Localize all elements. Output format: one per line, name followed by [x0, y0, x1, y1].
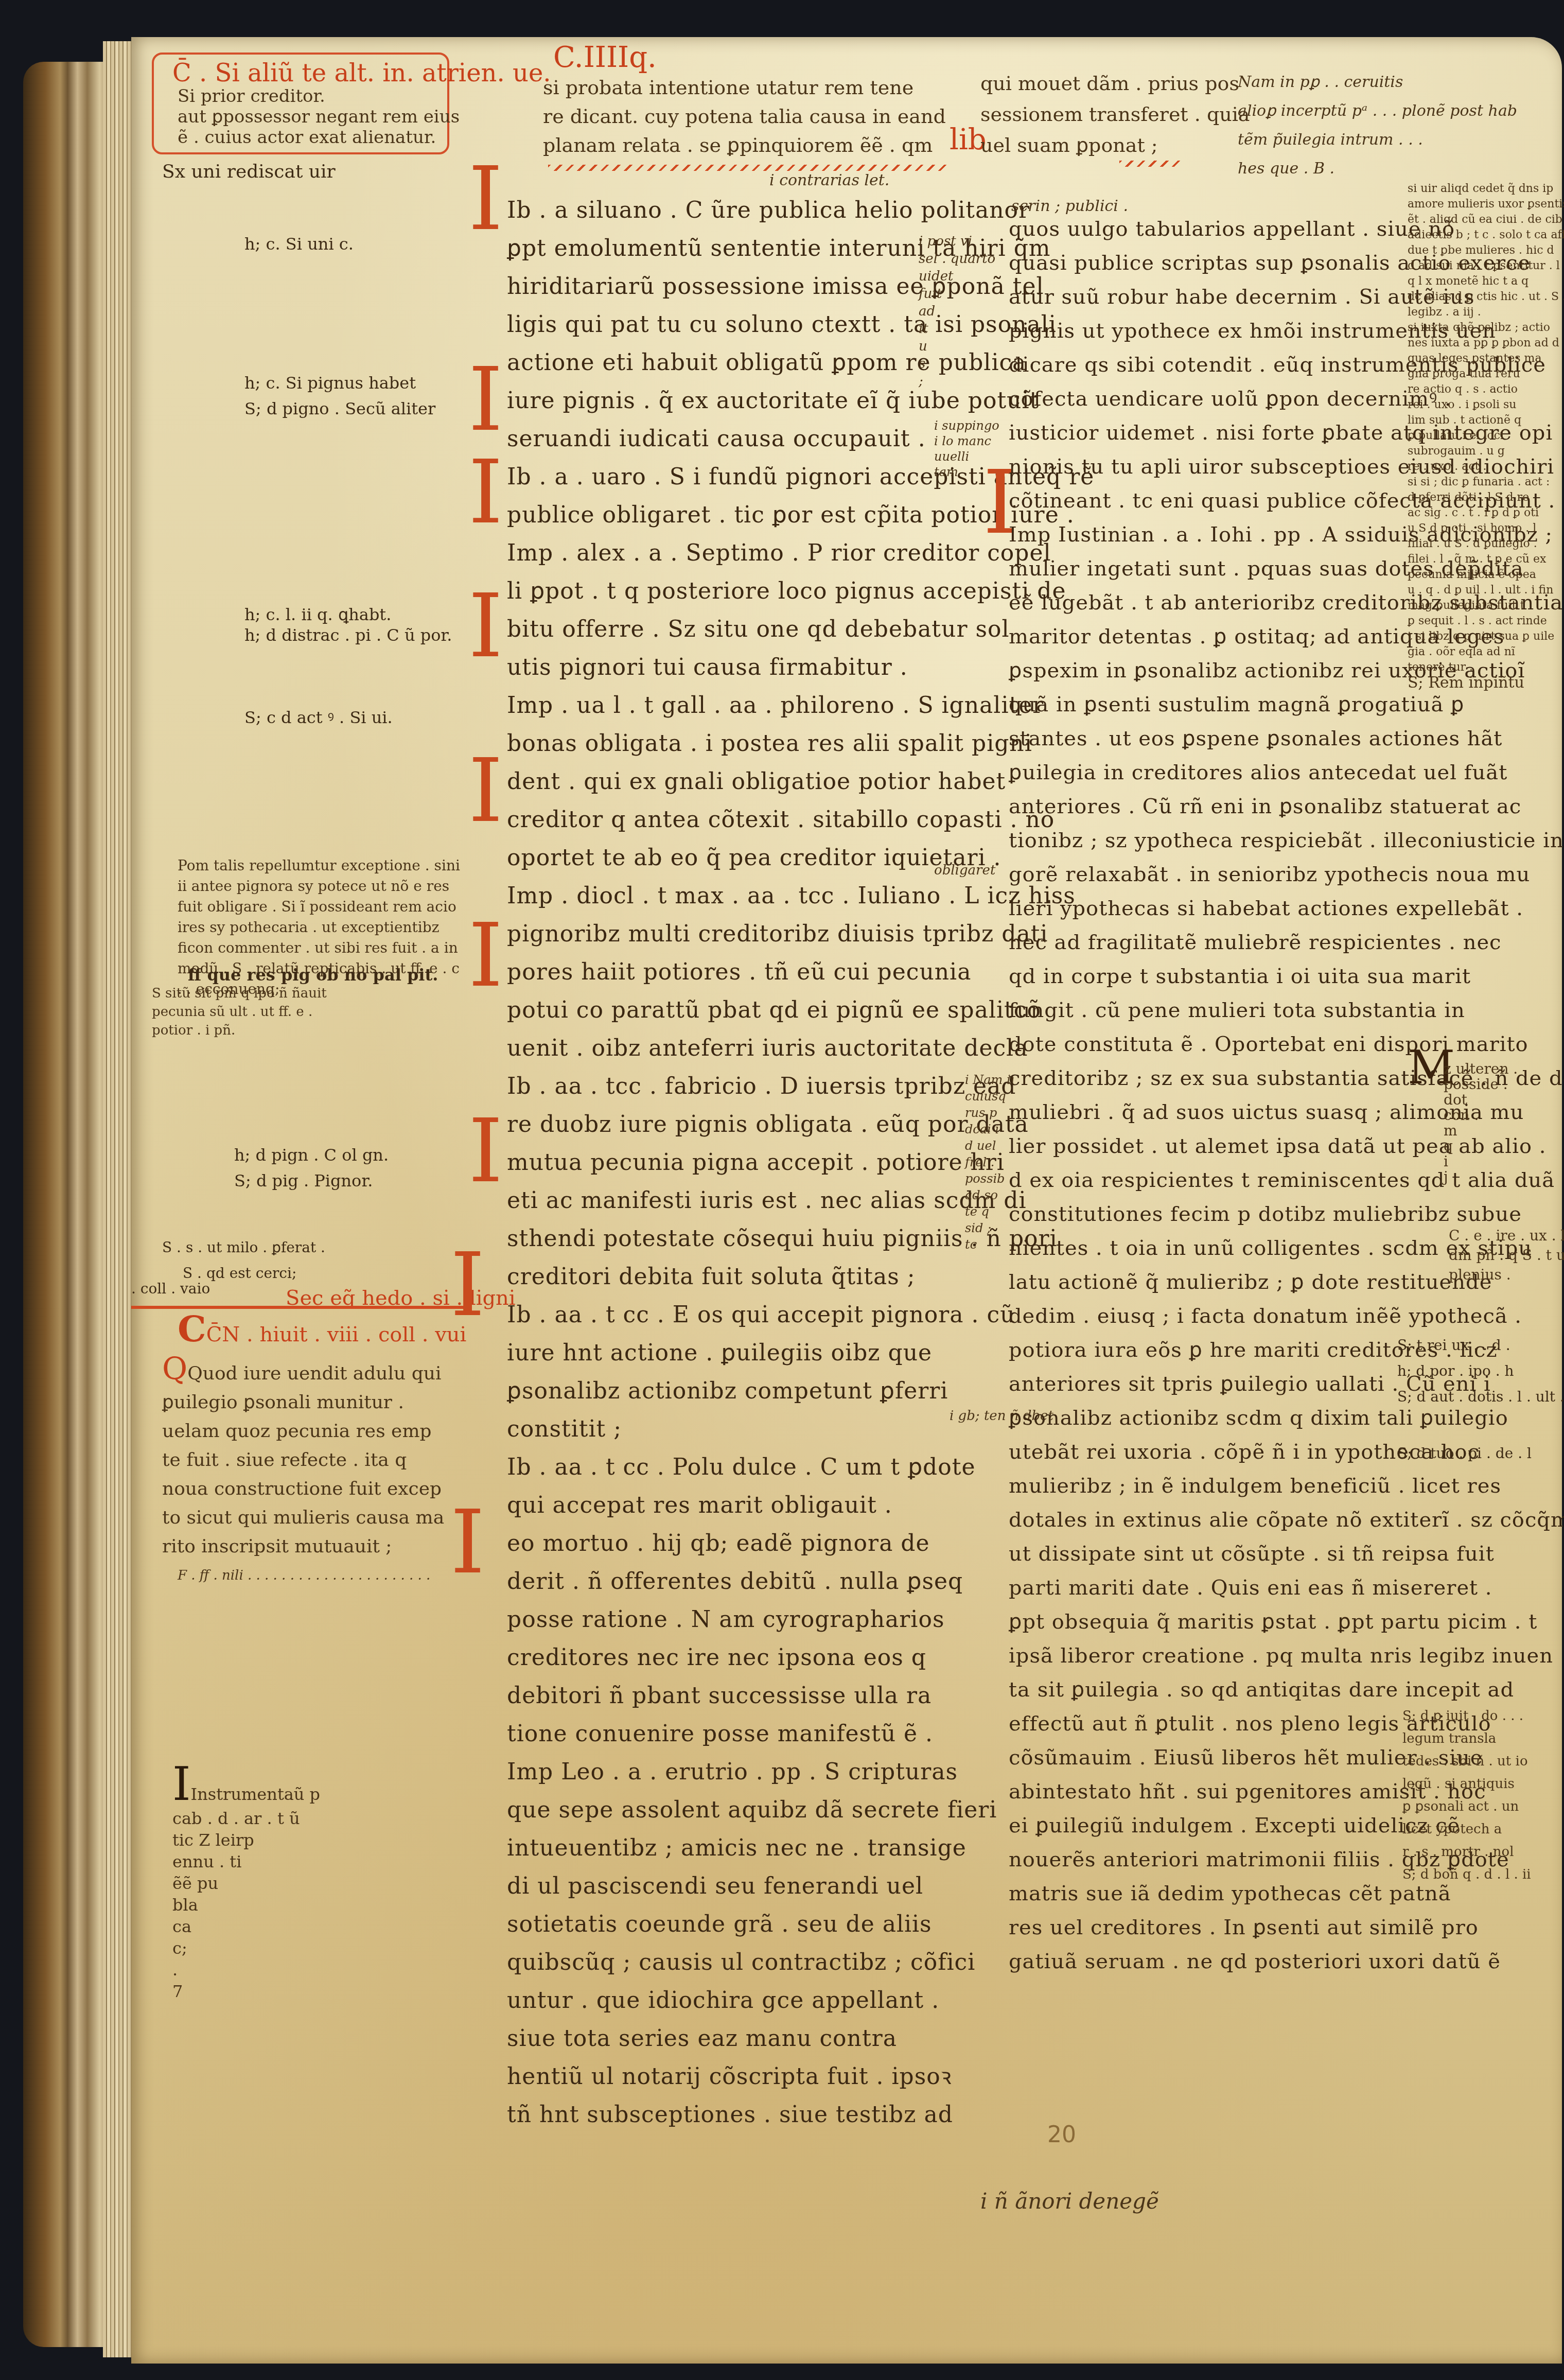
text-line: ut dissipate sint ut cõsũpte . si tñ rei…	[1009, 1537, 1564, 1571]
text-line: quibscũq ; causis ul contractibz ; cõfic…	[507, 1944, 1094, 1982]
text-line: potui co parattũ pbat qd ei pignũ ee spa…	[507, 991, 1094, 1029]
text-line: tionibz ; sz ypotheca respiciebãt . ille…	[1009, 824, 1564, 857]
text-line: Imp . ua l . t gall . aa . philoreno . S…	[507, 687, 1094, 725]
initial-I-6: I	[468, 912, 503, 1000]
header-left-gloss: Si prior creditor. aut ꝑpossessor negant…	[178, 86, 460, 148]
initial-I-2: I	[468, 356, 503, 444]
text-line: dotales in extinus alie cõpate nõ extite…	[1009, 1503, 1564, 1537]
text-line: oportet te ab eo q̃ pea creditor iquieta…	[507, 839, 1094, 877]
text-line: hentiũ ul notarij cõscripta fuit . ipsoꝛ	[507, 2058, 1094, 2096]
text-line: debitori ñ pbant successisse ulla ra	[507, 1677, 1094, 1715]
text-line: ꝑpt emolumentũ sententie interuni ta hir…	[507, 230, 1094, 268]
right-margin-lower-note-3: S; d aut . dotis . l . ult . .	[1397, 1386, 1564, 1408]
initial-I-5: I	[468, 747, 503, 835]
text-line: di ul pasciscendi seu fenerandi uel	[507, 1867, 1094, 1905]
text-line: Imp . diocl . t max . aa . tcc . Iuliano…	[507, 877, 1094, 915]
right-margin-lower-note-2: h; d por . ipo . h	[1397, 1360, 1514, 1382]
text-line: uenit . oibz anteferri iuris auctoritate…	[507, 1029, 1094, 1067]
left-margin-note-4: h; c. l. ii q. ꝗhabt.	[244, 603, 391, 626]
header-left-rubric: C̄ . Si aliũ te alt. in. atrien. ue.	[172, 58, 551, 89]
dark-background	[0, 0, 1564, 41]
header-center-rubric: C.IIIIq.	[553, 42, 657, 73]
folio-number: 20	[1047, 2122, 1076, 2148]
text-line: qd in corpe t substantia i oi uita sua m…	[1009, 959, 1564, 993]
text-line: gorẽ relaxabãt . in senioribz ypothecis …	[1009, 857, 1564, 891]
text-line: tione conuenire posse manifestũ ẽ .	[507, 1715, 1094, 1753]
text-line: creditores nec ire nec ipsona eos q	[507, 1639, 1094, 1677]
text-line: quã in ꝑsenti sustulim magnã ꝑrogatiuã ꝑ	[1009, 688, 1564, 722]
left-lower-block: QQuod iure uendit adulu qui ꝑuilegio ꝑso…	[162, 1355, 444, 1561]
left-margin-note-1: h; c. Si uni c.	[244, 233, 354, 255]
header-right-text: qui mouet dãm . prius pos sessionem tran…	[980, 68, 1250, 161]
text-line: bitu offerre . Sz situ one qd debebatur …	[507, 610, 1094, 649]
initial-I-9: I	[450, 1499, 485, 1586]
text-line: utis pignori tui causa firmabitur .	[507, 649, 1094, 687]
text-line: Ib . aa . t cc . Polu dulce . C um t ꝑdo…	[507, 1448, 1094, 1486]
text-line: actione eti habuit obligatũ ꝑpom re publ…	[507, 344, 1094, 382]
text-line: anteriores . Cũ rñ eni in ꝑsonalibz stat…	[1009, 790, 1564, 824]
text-line: iure pignis . q̃ ex auctoritate eĩ q̃ iu…	[507, 382, 1094, 420]
initial-I-8: I	[450, 1241, 485, 1329]
right-margin-bottom-gloss: S; d ꝑ iuit . do . . . legum transla ted…	[1402, 1705, 1531, 1886]
text-line: posse ratione . N am cyrographarios	[507, 1601, 1094, 1639]
center-side-gloss: i post vi sel . quarto uidet fuit ad it …	[919, 233, 995, 390]
text-line: iure hnt actione . ꝑuilegiis oibz que	[507, 1334, 1094, 1372]
text-line: lieri ypothecas si habebat actiones expe…	[1009, 891, 1564, 925]
center-side-statim-note: obligaret	[934, 861, 995, 880]
left-margin-note-5: h; d distrac . pi . C ũ por.	[244, 624, 452, 646]
right-header-wavy-rule	[1119, 161, 1181, 167]
text-line: qui accepat res marit obligauit .	[507, 1486, 1094, 1525]
text-line: Imp Leo . a . erutrio . pp . S cripturas	[507, 1753, 1094, 1791]
text-line: eo mortuo . hij qb; eadẽ pignora de	[507, 1525, 1094, 1563]
text-line: creditori debita fuit soluta q̃titas ;	[507, 1258, 1094, 1296]
text-line: mulieribz ; in ẽ indulgem beneficiũ . li…	[1009, 1469, 1564, 1503]
right-margin-lower-note-4: S; d tuo . pi . de . l	[1397, 1442, 1532, 1465]
text-line: intueuentibz ; amicis nec ne . transige	[507, 1829, 1094, 1867]
instrumentum-block: IInstrumentaũ p cab . d . ar . t ũ tic Z…	[172, 1761, 320, 2002]
text-line: untur . que idiochira gce appellant .	[507, 1982, 1094, 2020]
text-line: siue tota series eaz manu contra	[507, 2020, 1094, 2058]
text-line: Ib . a siluano . C ũre publica helio pol…	[507, 191, 1094, 230]
text-line: fungit . cũ pene mulieri tota substantia…	[1009, 993, 1564, 1027]
header-center-text: si probata intentione utatur rem tene re…	[543, 73, 946, 160]
text-line: res uel creditores . In ꝑsenti aut simil…	[1009, 1911, 1564, 1945]
left-margin-note-13: . coll . vaio	[131, 1277, 210, 1300]
left-margin-note-3: S; d pigno . Secũ aliter	[244, 397, 435, 420]
text-line: ꝑuilegia in creditores alios antecedat u…	[1009, 756, 1564, 790]
text-line: pores haiit potiores . tñ eũ cui pecunia	[507, 953, 1094, 991]
text-line: tñ hnt subsceptiones . siue testibz ad	[507, 2096, 1094, 2134]
initial-I-3: I	[468, 449, 503, 536]
header-wavy-rule-center	[548, 165, 950, 171]
right-margin-lower-note-1: S; t rei ux . . d .	[1397, 1334, 1510, 1357]
left-margin-note-potior: S sitũ sit pm̃ q ipo ñ ñauit pecunia sũ …	[152, 984, 347, 1040]
left-margin-note-9: h; d pign . C ol gn.	[234, 1144, 389, 1166]
text-line: dote constituta ẽ . Oportebat eni dispor…	[1009, 1027, 1564, 1061]
initial-I-7: I	[468, 1108, 503, 1195]
left-margin-note-6: S; c d act ꝰ . Si ui.	[244, 706, 393, 729]
left-bottom-note: F . ff . nili . . . . . . . . . . . . . …	[178, 1566, 430, 1585]
text-line: sotietatis coeunde grã . seu de aliis	[507, 1905, 1094, 1944]
left-margin-note-10: S; d pig . Pignor.	[234, 1169, 373, 1192]
header-far-right-gloss: Nam in pꝑ . . ceruitis alioꝑ incerptũ pᵃ…	[1238, 68, 1517, 183]
text-line: dent . qui ex gnali obligatioe potior ha…	[507, 763, 1094, 801]
right-margin-middle-note: C . e . ire . ux . l . i . dm pñ . q S .…	[1449, 1226, 1564, 1285]
text-line: que sepe assolent aquibz dã secrete fier…	[507, 1791, 1094, 1829]
catchword: i ñ ãnori denegẽ	[980, 2189, 1159, 2214]
text-line: nec ad fragilitatẽ muliebrẽ respicientes…	[1009, 925, 1564, 959]
manuscript-page: C̄ . Si aliũ te alt. in. atrien. ue. Si …	[131, 37, 1562, 2364]
text-line: derit . ñ offerentes debitũ . nulla ꝑseq	[507, 1563, 1094, 1601]
initial-I-4: I	[468, 583, 503, 670]
text-line: ꝑsonalibz actionibz competunt ꝑferri	[507, 1372, 1094, 1410]
text-line: creditor q antea cõtexit . sitabillo cop…	[507, 801, 1094, 839]
center-side-gloss-3: i Nam ii cuiusq rus p dcai i d uel frel …	[965, 1072, 1014, 1253]
text-line: ligis qui pat tu cu soluno ctextt . ta i…	[507, 306, 1094, 344]
initial-Q: Q	[162, 1351, 187, 1387]
left-margin-note-11: S . s . ut milo . ꝑferat .	[162, 1236, 325, 1259]
left-margin-note-2: h; c. Si pignus habet	[244, 372, 416, 394]
text-line: stantes . ut eos ꝑspene ꝑsonales actione…	[1009, 722, 1564, 756]
text-line: gatiuã seruam . ne qd posteriori uxori d…	[1009, 1945, 1564, 1979]
text-line: hiriditariarũ possessione imissa ee ꝑpon…	[507, 268, 1094, 306]
left-lower-rubric-2: CC̄N . hiuit . viii . coll . vui	[178, 1314, 466, 1350]
text-line: bonas obligata . i postea res alii spali…	[507, 725, 1094, 763]
center-interlinear-top: i contrarias let.	[769, 171, 889, 190]
initial-C: C	[178, 1307, 206, 1350]
initial-I-1: I	[468, 155, 503, 243]
left-margin-note-pig: ff que res pig ob no pal pit.	[188, 964, 438, 986]
initial-I-dark: I	[172, 1757, 191, 1811]
right-margin-upper-gloss: si uir aliqd cedet q̃ dns ip amore mulie…	[1408, 181, 1564, 691]
text-line: parti mariti date . Quis eni eas ñ miser…	[1009, 1571, 1564, 1605]
text-line: ꝑpt obsequia q̃ maritis ꝑstat . ꝑpt part…	[1009, 1605, 1564, 1639]
text-line: li ꝑpot . t q posteriore loco pignus acc…	[507, 572, 1094, 610]
text-line: pignoribz multi creditoribz diuisis tpri…	[507, 915, 1094, 953]
text-line: Ib . aa . t cc . E os qui accepit pignor…	[507, 1296, 1094, 1334]
mulieri-note: M z ulteren . posside . dot con . m q i …	[1408, 1041, 1455, 1095]
text-line: dedim . eiusq ; i facta donatum inẽẽ ypo…	[1009, 1299, 1564, 1333]
header-top-left-note: Sx uni rediscat uir	[162, 161, 336, 183]
text-line: ta sit ꝑuilegia . so qd antiqitas dare i…	[1009, 1673, 1564, 1707]
text-line: ipsã liberor creatione . pq multa nris l…	[1009, 1639, 1564, 1673]
